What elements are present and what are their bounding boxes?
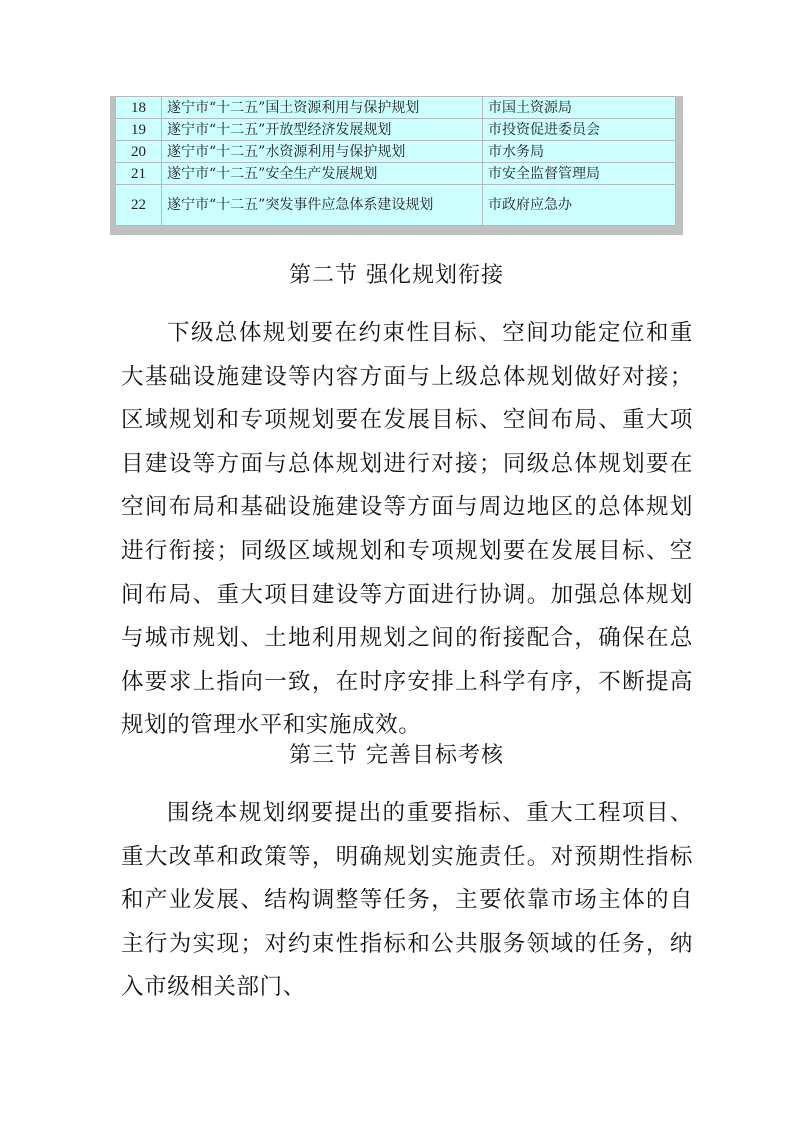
plan-table-grid: 18 遂宁市“十二五”国土资源利用与保护规划 市国土资源局 19 遂宁市“十二五… [115,96,676,226]
section-heading-3: 第三节 完善目标考核 [0,738,793,769]
responsible-dept: 市水务局 [483,141,676,163]
section-3-paragraph: 围绕本规划纲要提出的重要指标、重大工程项目、重大改革和政策等，明确规划实施责任。… [121,792,693,1010]
table-row: 22 遂宁市“十二五”突发事件应急体系建设规划 市政府应急办 [116,185,676,226]
responsible-dept: 市国土资源局 [483,97,676,119]
responsible-dept: 市政府应急办 [483,185,676,226]
table-row: 21 遂宁市“十二五”安全生产发展规划 市安全监督管理局 [116,163,676,185]
row-number: 21 [116,163,162,185]
table-row: 20 遂宁市“十二五”水资源利用与保护规划 市水务局 [116,141,676,163]
plan-name: 遂宁市“十二五”开放型经济发展规划 [162,119,483,141]
row-number: 18 [116,97,162,119]
table-row: 19 遂宁市“十二五”开放型经济发展规划 市投资促进委员会 [116,119,676,141]
row-number: 19 [116,119,162,141]
plan-table: 18 遂宁市“十二五”国土资源利用与保护规划 市国土资源局 19 遂宁市“十二五… [110,96,683,235]
row-number: 22 [116,185,162,226]
responsible-dept: 市投资促进委员会 [483,119,676,141]
plan-name: 遂宁市“十二五”国土资源利用与保护规划 [162,97,483,119]
table-row: 18 遂宁市“十二五”国土资源利用与保护规划 市国土资源局 [116,97,676,119]
plan-name: 遂宁市“十二五”突发事件应急体系建设规划 [162,185,483,226]
plan-name: 遂宁市“十二五”水资源利用与保护规划 [162,141,483,163]
section-heading-2: 第二节 强化规划衔接 [0,258,793,289]
section-2-paragraph: 下级总体规划要在约束性目标、空间功能定位和重大基础设施建设等内容方面与上级总体规… [121,312,693,748]
plan-name: 遂宁市“十二五”安全生产发展规划 [162,163,483,185]
responsible-dept: 市安全监督管理局 [483,163,676,185]
row-number: 20 [116,141,162,163]
